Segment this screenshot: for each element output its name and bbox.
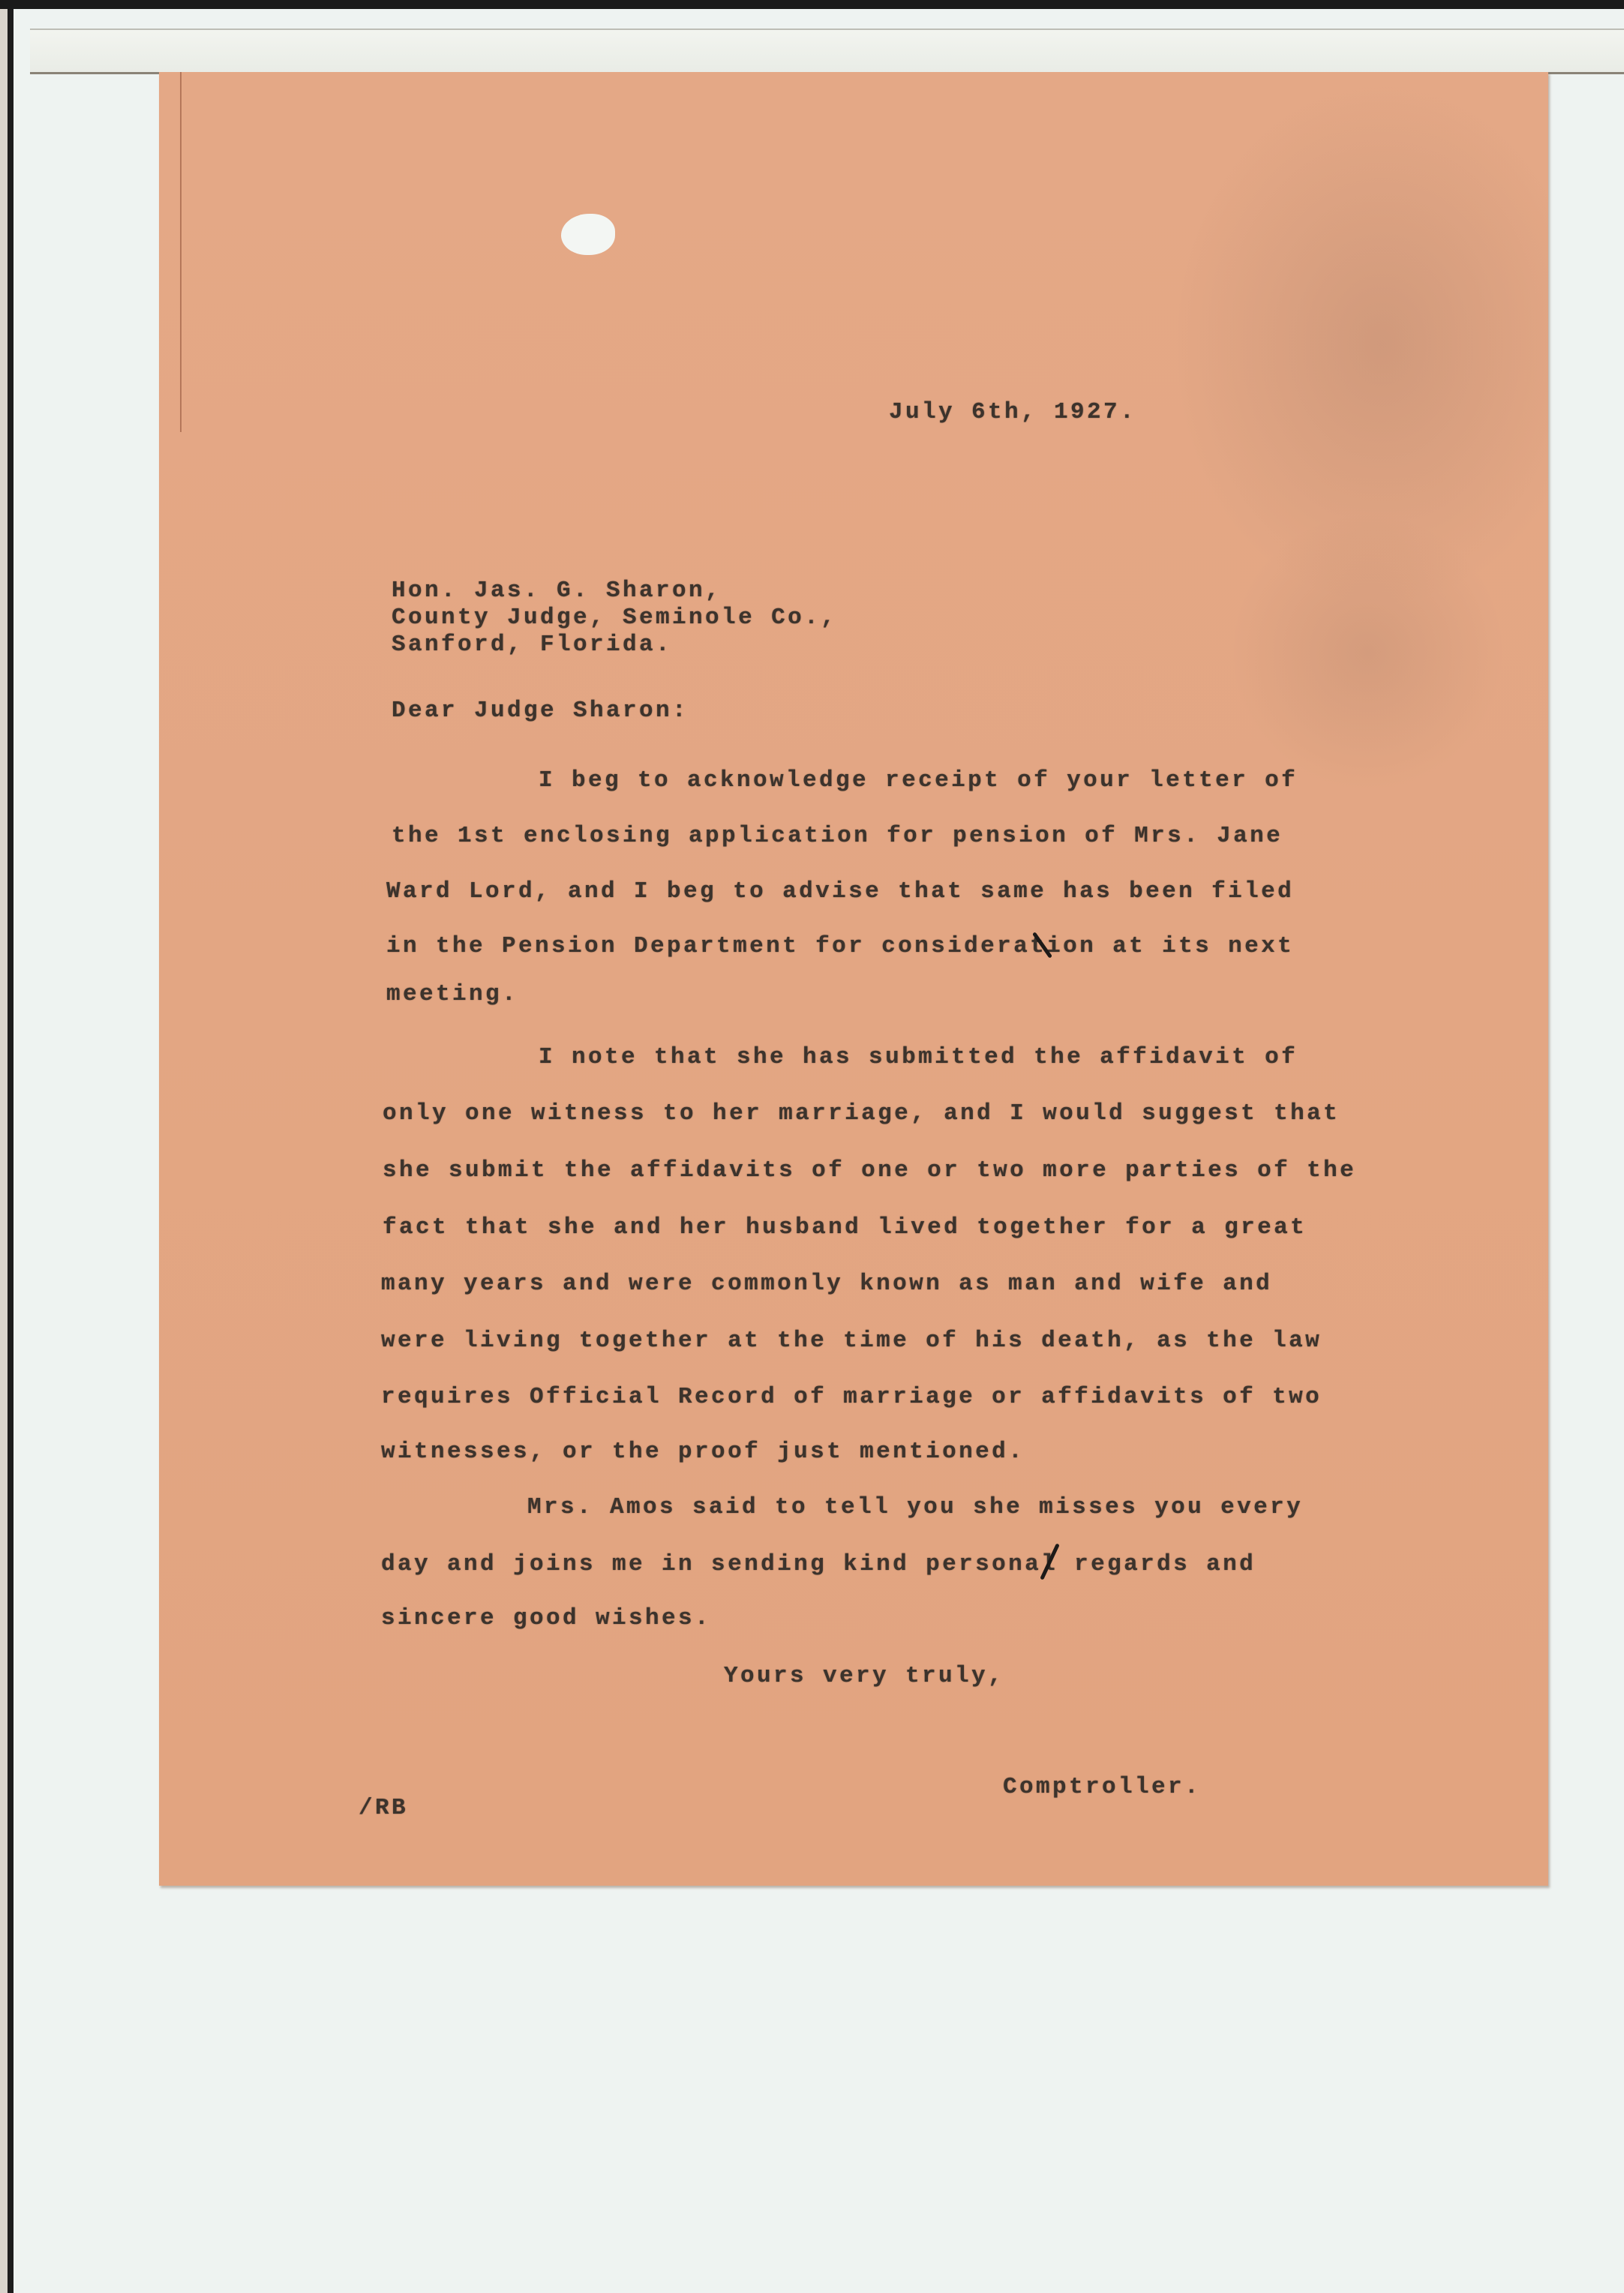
body-line: fact that she and her husband lived toge… (383, 1214, 1307, 1241)
body-line: only one witness to her marriage, and I … (383, 1100, 1340, 1127)
body-line: the 1st enclosing application for pensio… (392, 823, 1283, 849)
paper-torn-edge (159, 72, 182, 432)
closing: Yours very truly, (724, 1663, 1004, 1689)
body-line: many years and were commonly known as ma… (381, 1271, 1272, 1297)
typist-initials: /RB (359, 1795, 408, 1821)
body-line: meeting. (386, 981, 518, 1007)
salutation: Dear Judge Sharon: (392, 698, 689, 724)
recipient-line-2: County Judge, Seminole Co., (392, 605, 837, 631)
scan-left-border (8, 9, 14, 2293)
body-line: I note that she has submitted the affida… (539, 1044, 1298, 1070)
scan-left-edge (0, 9, 8, 2293)
body-line: Mrs. Amos said to tell you she misses yo… (527, 1494, 1303, 1520)
body-line: I beg to acknowledge receipt of your let… (539, 767, 1298, 794)
body-line: witnesses, or the proof just mentioned. (381, 1439, 1025, 1465)
body-line: were living together at the time of his … (381, 1328, 1322, 1354)
body-line: sincere good wishes. (381, 1605, 711, 1631)
scan-top-border (0, 0, 1624, 9)
body-line: requires Official Record of marriage or … (381, 1384, 1322, 1410)
signature-title: Comptroller. (1003, 1774, 1201, 1800)
body-line: day and joins me in sending kind persona… (381, 1551, 1256, 1577)
body-line: she submit the affidavits of one or two … (383, 1157, 1356, 1184)
binder-clip-strip (30, 29, 1624, 74)
body-line: Ward Lord, and I beg to advise that same… (386, 878, 1294, 905)
letter-paper (159, 72, 1548, 1886)
recipient-line-1: Hon. Jas. G. Sharon, (392, 578, 722, 604)
paper-hole (561, 214, 615, 255)
body-line: in the Pension Department for considerat… (386, 933, 1294, 959)
letter-date: July 6th, 1927. (889, 399, 1136, 425)
recipient-line-3: Sanford, Florida. (392, 632, 672, 658)
